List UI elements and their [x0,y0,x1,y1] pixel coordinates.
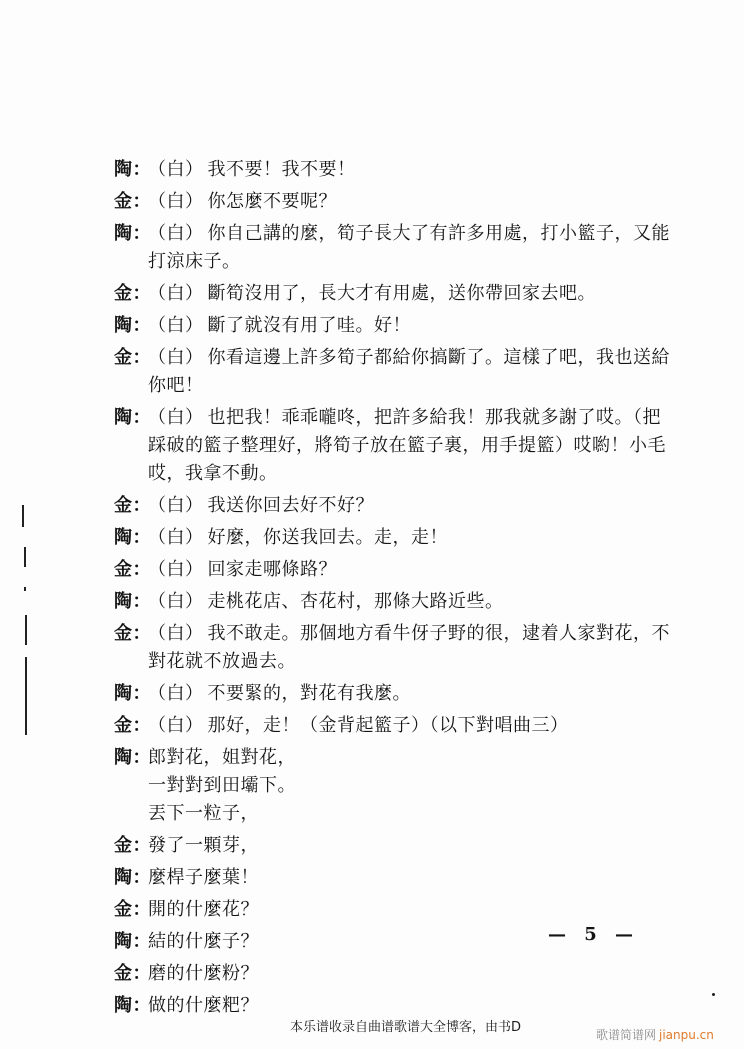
speaker-label: 金： [114,280,148,308]
speaker-label: 陶： [114,928,148,956]
line-text: （白）我不敢走。那個地方看牛伢子野的很，逮着人家對花，不 [148,620,674,648]
stage-cue: （白） [148,315,204,336]
line-text: （白）我送你回去好不好？ [148,492,674,520]
line-text: （白）不要緊的，對花有我麼。 [148,680,674,708]
speaker-label: 金： [114,832,148,860]
lyric-text: 郎對花，姐對花， [148,744,674,772]
speaker-label: 陶： [114,312,148,340]
stage-cue: （白） [148,283,204,304]
dialogue-line: 金： （白）斷筍沒用了，長大才有用處，送你帶回家去吧。 [114,280,674,308]
line-text: （白）走桃花店、杏花村，那條大路近些。 [148,588,674,616]
line-text: （白）你看這邊上許多筍子都給你搞斷了。這樣了吧，我也送給 [148,344,674,372]
dialogue-line: 陶： （白）你自己講的麼，筍子長大了有許多用處，打小籃子，又能 [114,220,674,248]
dialogue-line: 金： （白）我送你回去好不好？ [114,492,674,520]
dialogue-continuation: 金： 對花就不放過去。 [114,648,674,676]
sung-line: 金： 開的什麼花？ [114,896,674,924]
line-text: （白）斷了就沒有用了哇。好！ [148,312,674,340]
speaker-label: 陶： [114,992,148,1020]
speaker-label: 金： [114,188,148,216]
dialogue-text: 踩破的籃子整理好，將筍子放在籃子裏，用手提籃）哎喲！小毛 [148,432,674,460]
dialogue-text: 斷了就沒有用了哇。好！ [208,315,412,336]
stage-cue: （白） [148,683,204,704]
line-text: （白）也把我！乖乖嚨咚，把許多給我！那我就多謝了哎。（把 [148,404,674,432]
line-text: （白）你怎麼不要呢？ [148,188,674,216]
dialogue-line: 金： （白）那好，走！（金背起籃子）（以下對唱曲三） [114,712,674,740]
stage-cue: （白） [148,715,204,736]
stage-cue: （白） [148,407,204,428]
stage-cue: （白） [148,559,204,580]
scan-speck [712,993,715,996]
line-text: （白）斷筍沒用了，長大才有用處，送你帶回家去吧。 [148,280,674,308]
script-dialogue: 陶： （白）我不要！我不要！ 金： （白）你怎麼不要呢？ 陶： （白）你自己講的… [114,156,674,1020]
sung-continuation: 陶： 一對對到田壩下。 [114,772,674,800]
lyric-text: 發了一顆芽， [148,832,674,860]
sung-line: 金： 發了一顆芽， [114,832,674,860]
dialogue-line: 陶： （白）也把我！乖乖嚨咚，把許多給我！那我就多謝了哎。（把 [114,404,674,432]
dialogue-text: 你看這邊上許多筍子都給你搞斷了。這樣了吧，我也送給 [208,347,671,368]
dialogue-continuation: 陶： 踩破的籃子整理好，將筍子放在籃子裏，用手提籃）哎喲！小毛 [114,432,674,460]
speaker-label: 金： [114,620,148,648]
stage-cue: （白） [148,623,204,644]
dialogue-text: 走桃花店、杏花村，那條大路近些。 [208,591,504,612]
speaker-label: 陶： [114,680,148,708]
lyric-text: 一對對到田壩下。 [148,772,674,800]
dialogue-line: 金： （白）你看這邊上許多筍子都給你搞斷了。這樣了吧，我也送給 [114,344,674,372]
page-number: — 5 — [548,924,639,945]
dialogue-text: 斷筍沒用了，長大才有用處，送你帶回家去吧。 [208,283,597,304]
line-text: （白）好麼，你送我回去。走，走！ [148,524,674,552]
dialogue-line: 陶： （白）不要緊的，對花有我麼。 [114,680,674,708]
watermark-domain: jianpu.cn [659,1028,714,1042]
dialogue-text: 你怎麼不要呢？ [208,191,338,212]
lyric-text: 磨的什麼粉？ [148,960,674,988]
lyric-text: 開的什麼花？ [148,896,674,924]
sung-continuation: 陶： 丟下一粒子， [114,800,674,828]
dialogue-line: 金： （白）你怎麼不要呢？ [114,188,674,216]
speaker-label: 金： [114,712,148,740]
dialogue-text: 也把我！乖乖嚨咚，把許多給我！那我就多謝了哎。（把 [208,407,662,428]
sung-line: 陶： 麼桿子麼葉！ [114,864,674,892]
dialogue-line: 陶： （白）好麼，你送我回去。走，走！ [114,524,674,552]
dialogue-line: 陶： （白）斷了就沒有用了哇。好！ [114,312,674,340]
stage-cue: （白） [148,527,204,548]
scanned-page: 陶： （白）我不要！我不要！ 金： （白）你怎麼不要呢？ 陶： （白）你自己講的… [0,0,744,1049]
sung-line: 陶： 郎對花，姐對花， [114,744,674,772]
scan-speck [528,450,530,452]
stage-cue: （白） [148,347,204,368]
speaker-label: 陶： [114,588,148,616]
source-note: 本乐谱收录自曲谱歌谱大全博客，由书D [290,1016,536,1035]
dialogue-text: 我不敢走。那個地方看牛伢子野的很，逮着人家對花，不 [208,623,671,644]
stage-cue: （白） [148,591,204,612]
dialogue-continuation: 陶： 打涼床子。 [114,248,674,276]
line-text: （白）我不要！我不要！ [148,156,674,184]
site-watermark: 歌谱简谱网jianpu.cn [596,1026,714,1043]
binding-margin-marks [20,505,30,735]
line-text: （白）回家走哪條路？ [148,556,674,584]
speaker-label: 陶： [114,404,148,432]
dialogue-text: 回家走哪條路？ [208,559,338,580]
speaker-label: 金： [114,492,148,520]
dialogue-line: 金： （白）我不敢走。那個地方看牛伢子野的很，逮着人家對花，不 [114,620,674,648]
stage-cue: （白） [148,159,204,180]
stage-cue: （白） [148,495,204,516]
speaker-label: 金： [114,896,148,924]
speaker-label: 金： [114,344,148,372]
sung-line: 金： 磨的什麼粉？ [114,960,674,988]
dialogue-line: 陶： （白）走桃花店、杏花村，那條大路近些。 [114,588,674,616]
dialogue-line: 陶： （白）我不要！我不要！ [114,156,674,184]
speaker-label: 陶： [114,220,148,248]
dialogue-continuation: 陶： 哎，我拿不動。 [114,460,674,488]
dialogue-text: 對花就不放過去。 [148,648,674,676]
speaker-label: 陶： [114,156,148,184]
dialogue-line: 金： （白）回家走哪條路？ [114,556,674,584]
stage-cue: （白） [148,223,204,244]
dialogue-text: 你自己講的麼，筍子長大了有許多用處，打小籃子，又能 [208,223,671,244]
stage-cue: （白） [148,191,204,212]
speaker-label: 金： [114,556,148,584]
line-text: （白）你自己講的麼，筍子長大了有許多用處，打小籃子，又能 [148,220,674,248]
speaker-label: 陶： [114,524,148,552]
dialogue-text: 不要緊的，對花有我麼。 [208,683,412,704]
watermark-text: 歌谱简谱网 [596,1028,656,1042]
dialogue-text: 打涼床子。 [148,248,674,276]
speaker-label: 陶： [114,864,148,892]
dialogue-text: 哎，我拿不動。 [148,460,674,488]
dialogue-text: 那好，走！（金背起籃子）（以下對唱曲三） [208,715,569,736]
line-text: （白）那好，走！（金背起籃子）（以下對唱曲三） [148,712,674,740]
speaker-label: 陶： [114,744,148,772]
dialogue-text: 你吧！ [148,372,674,400]
dialogue-text: 我送你回去好不好？ [208,495,375,516]
lyric-text: 麼桿子麼葉！ [148,864,674,892]
speaker-label: 金： [114,960,148,988]
lyric-text: 丟下一粒子， [148,800,674,828]
dialogue-text: 我不要！我不要！ [208,159,356,180]
dialogue-text: 好麼，你送我回去。走，走！ [208,527,449,548]
dialogue-continuation: 金： 你吧！ [114,372,674,400]
